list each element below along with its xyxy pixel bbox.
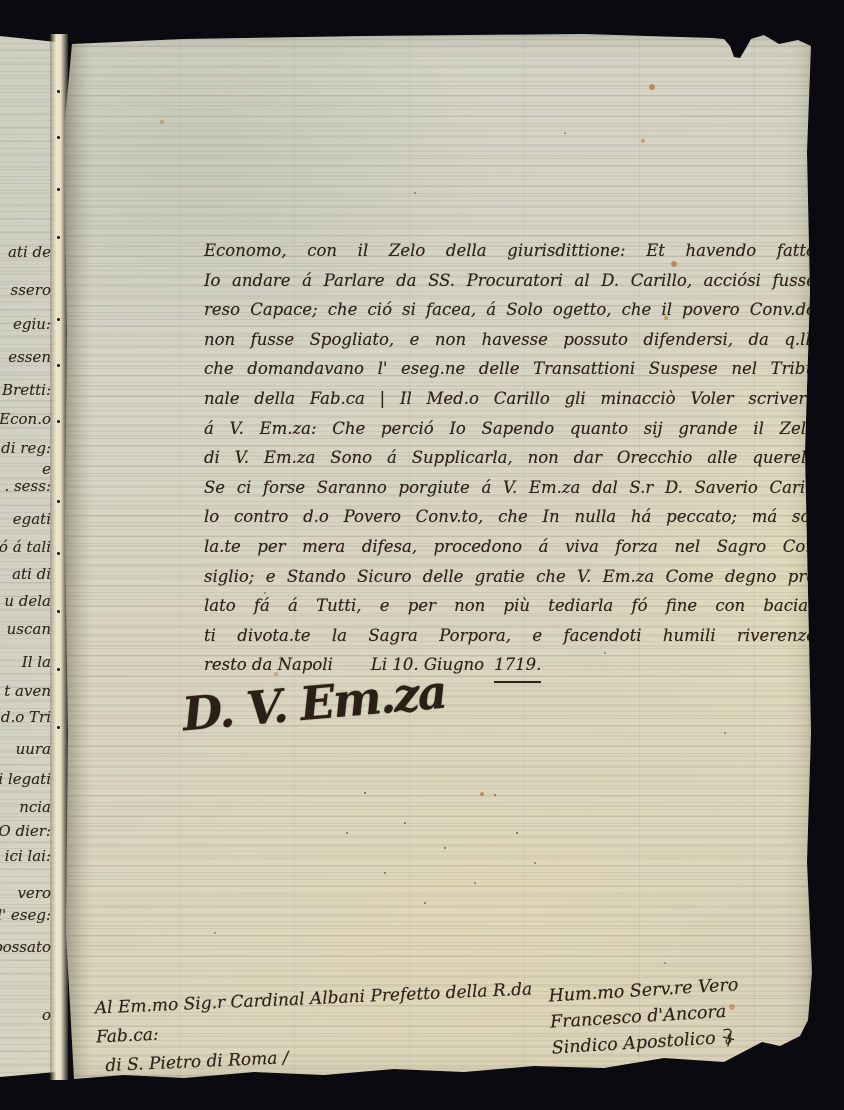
left-page-strip: ati de ssero egiu: essen Bretti: Econ.o …	[0, 36, 56, 1078]
page-fragment: egati	[13, 512, 51, 527]
page-fragment: ó á tali	[0, 540, 51, 555]
letter-line: di V. Em.za Sono á Supplicarla, non dar …	[204, 443, 816, 473]
letter-line: lato fá á Tutti, e per non più tediarla …	[204, 591, 816, 621]
page-fragment: di reg:	[1, 441, 51, 456]
page-fragment: uscan	[7, 622, 51, 637]
letter-line: la.te per mera difesa, procedono á viva …	[204, 532, 816, 562]
page-fragment: . sess:	[4, 479, 51, 494]
signature-block: Hum.mo Serv.re Vero Francesco d'Ancora S…	[548, 968, 802, 1061]
page-fragment: Econ.o	[0, 412, 51, 427]
letter-line: lo contro d.o Povero Conv.to, che In nul…	[204, 502, 816, 532]
page-fragment: egiu:	[13, 317, 51, 332]
stitch-holes	[57, 90, 60, 93]
page-fragment: ssero	[11, 283, 51, 298]
page-fragment: ati de	[8, 245, 51, 260]
closing-year-underlined: 1719.	[494, 650, 541, 683]
letter-line: reso Capace; che ció si facea, á Solo og…	[204, 295, 816, 325]
letter-line: ti divota.te la Sagra Porpora, e facendo…	[204, 621, 816, 651]
letter-line: Economo, con il Zelo della giurisdittion…	[204, 236, 816, 266]
letter-line: siglio; e Stando Sicuro delle gratie che…	[204, 562, 816, 592]
page-fragment: ncia	[19, 800, 51, 815]
manuscript-scan-background: ati de ssero egiu: essen Bretti: Econ.o …	[0, 0, 844, 1110]
paraph-flourish-icon	[721, 1027, 736, 1048]
page-fragment: vero	[17, 886, 51, 901]
page-fragment: ati di	[12, 567, 51, 582]
page-fragment: ici lai:	[5, 849, 51, 864]
page-fragment: d.o Tri	[1, 710, 51, 725]
page-fragment: possato	[0, 940, 51, 955]
letter-body: Economo, con il Zelo della giurisdittion…	[204, 236, 816, 683]
letter-line: non fusse Spogliato, e non havesse possu…	[204, 325, 816, 355]
page-fragment: essen	[8, 350, 51, 365]
letter-line: á V. Em.za: Che perció Io Sapendo quanto…	[204, 414, 816, 444]
page-fragment: uura	[16, 742, 51, 757]
letter-line: che domandavano l' eseg.ne delle Transat…	[204, 354, 816, 384]
letter-line: Io andare á Parlare da SS. Procuratori a…	[204, 266, 816, 296]
letter-line: nale della Fab.ca | Il Med.o Carillo gli…	[204, 384, 816, 414]
manuscript-page: Economo, con il Zelo della giurisdittion…	[64, 32, 812, 1084]
page-fragment: l' eseg:	[0, 908, 51, 923]
page-fragment: Il la	[22, 655, 51, 670]
letter-line: Se ci forse Saranno porgiute á V. Em.za …	[204, 473, 816, 503]
page-fragment: i legati	[0, 772, 51, 787]
page-fragment: u dela	[4, 594, 51, 609]
page-fragment: t aven	[4, 684, 51, 699]
page-fragment: Bretti:	[2, 383, 51, 398]
page-fragment: O dier:	[0, 824, 51, 839]
